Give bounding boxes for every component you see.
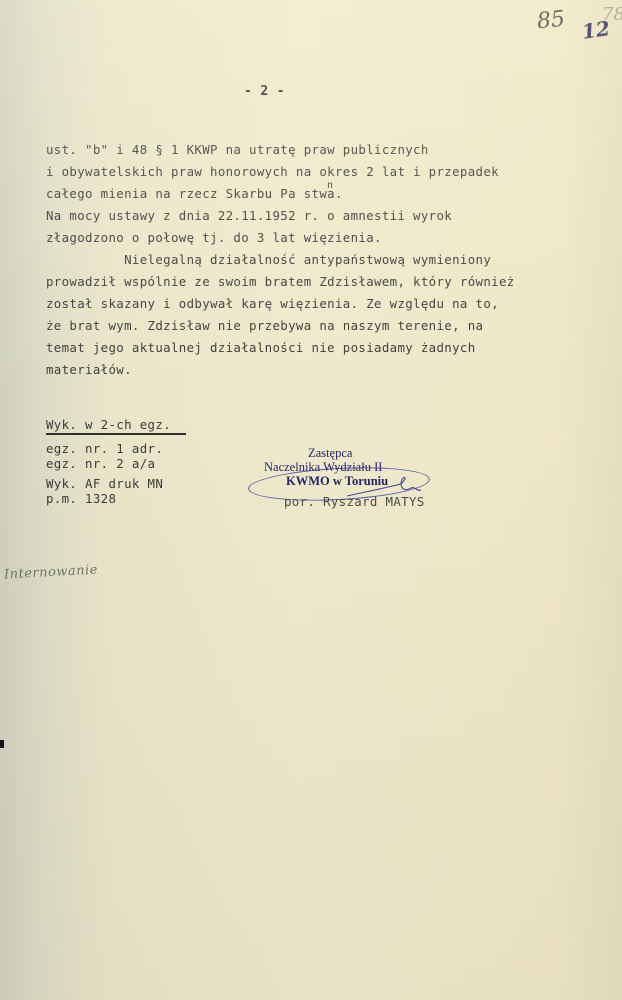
body-line: został skazany i odbywał karę więzienia.…	[46, 298, 499, 310]
copy-line: egz. nr. 2 a/a	[46, 458, 155, 470]
signatory-name: por. Ryszard MATYS	[284, 496, 425, 508]
document-page: 85 12 78 - 2 - ust. "b" i 48 § 1 KKWP na…	[0, 0, 622, 1000]
body-line: złagodzono o połowę tj. do 3 lat więzien…	[46, 232, 382, 244]
superscript-correction: n	[327, 181, 333, 191]
body-line: i obywatelskich praw honorowych na okres…	[46, 166, 499, 178]
heading-underline	[46, 433, 186, 435]
edge-mark	[0, 740, 4, 748]
body-line: Nielegalną działalność antypaństwową wym…	[46, 254, 491, 266]
margin-annotation: Internowanie	[4, 563, 99, 583]
body-line: temat jego aktualnej działalności nie po…	[46, 342, 476, 354]
archive-number-pencil: 85	[536, 7, 566, 35]
reference-number: p.m. 1328	[46, 493, 116, 505]
body-line: że brat wym. Zdzisław nie przebywa na na…	[46, 320, 483, 332]
archive-number-faded: 78	[602, 4, 622, 25]
body-line: ust. "b" i 48 § 1 KKWP na utratę praw pu…	[46, 144, 429, 156]
copy-line: egz. nr. 1 adr.	[46, 443, 163, 455]
stamp-department: Naczelnika Wydziału II	[264, 461, 382, 474]
body-line: prowadził wspólnie ze swoim bratem Zdzis…	[46, 276, 515, 288]
page-number: - 2 -	[244, 85, 285, 98]
body-line: Na mocy ustawy z dnia 22.11.1952 r. o am…	[46, 210, 452, 222]
stamp-title: Zastępca	[308, 447, 352, 460]
typist-note: Wyk. AF druk MN	[46, 478, 163, 490]
body-line: materiałów.	[46, 364, 132, 376]
distribution-heading: Wyk. w 2-ch egz.	[46, 419, 171, 431]
body-line: całego mienia na rzecz Skarbu Pa stwa.	[46, 188, 343, 200]
